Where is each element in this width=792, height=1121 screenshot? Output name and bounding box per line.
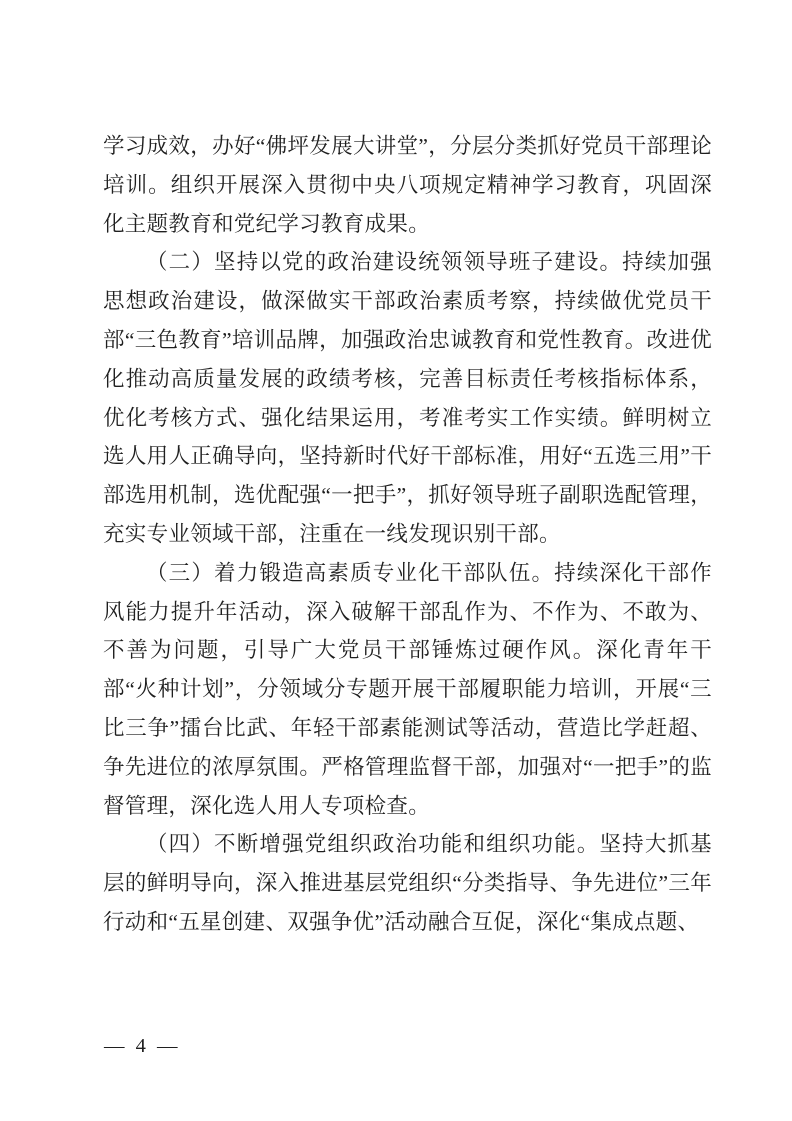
page-number: — 4 — (104, 1035, 181, 1058)
paragraph-section-3: （三）着力锻造高素质专业化干部队伍。持续深化干部作风能力提升年活动，深入破解干部… (103, 554, 712, 826)
paragraph-continuation: 学习成效，办好“佛坪发展大讲堂”，分层分类抓好党员干部理论培训。组织开展深入贯彻… (103, 127, 712, 243)
document-body: 学习成效，办好“佛坪发展大讲堂”，分层分类抓好党员干部理论培训。组织开展深入贯彻… (103, 127, 712, 942)
document-page: 学习成效，办好“佛坪发展大讲堂”，分层分类抓好党员干部理论培训。组织开展深入贯彻… (0, 0, 792, 1121)
paragraph-section-2: （二）坚持以党的政治建设统领领导班子建设。持续加强思想政治建设，做深做实干部政治… (103, 243, 712, 553)
paragraph-section-4: （四）不断增强党组织政治功能和组织功能。坚持大抓基层的鲜明导向，深入推进基层党组… (103, 825, 712, 941)
